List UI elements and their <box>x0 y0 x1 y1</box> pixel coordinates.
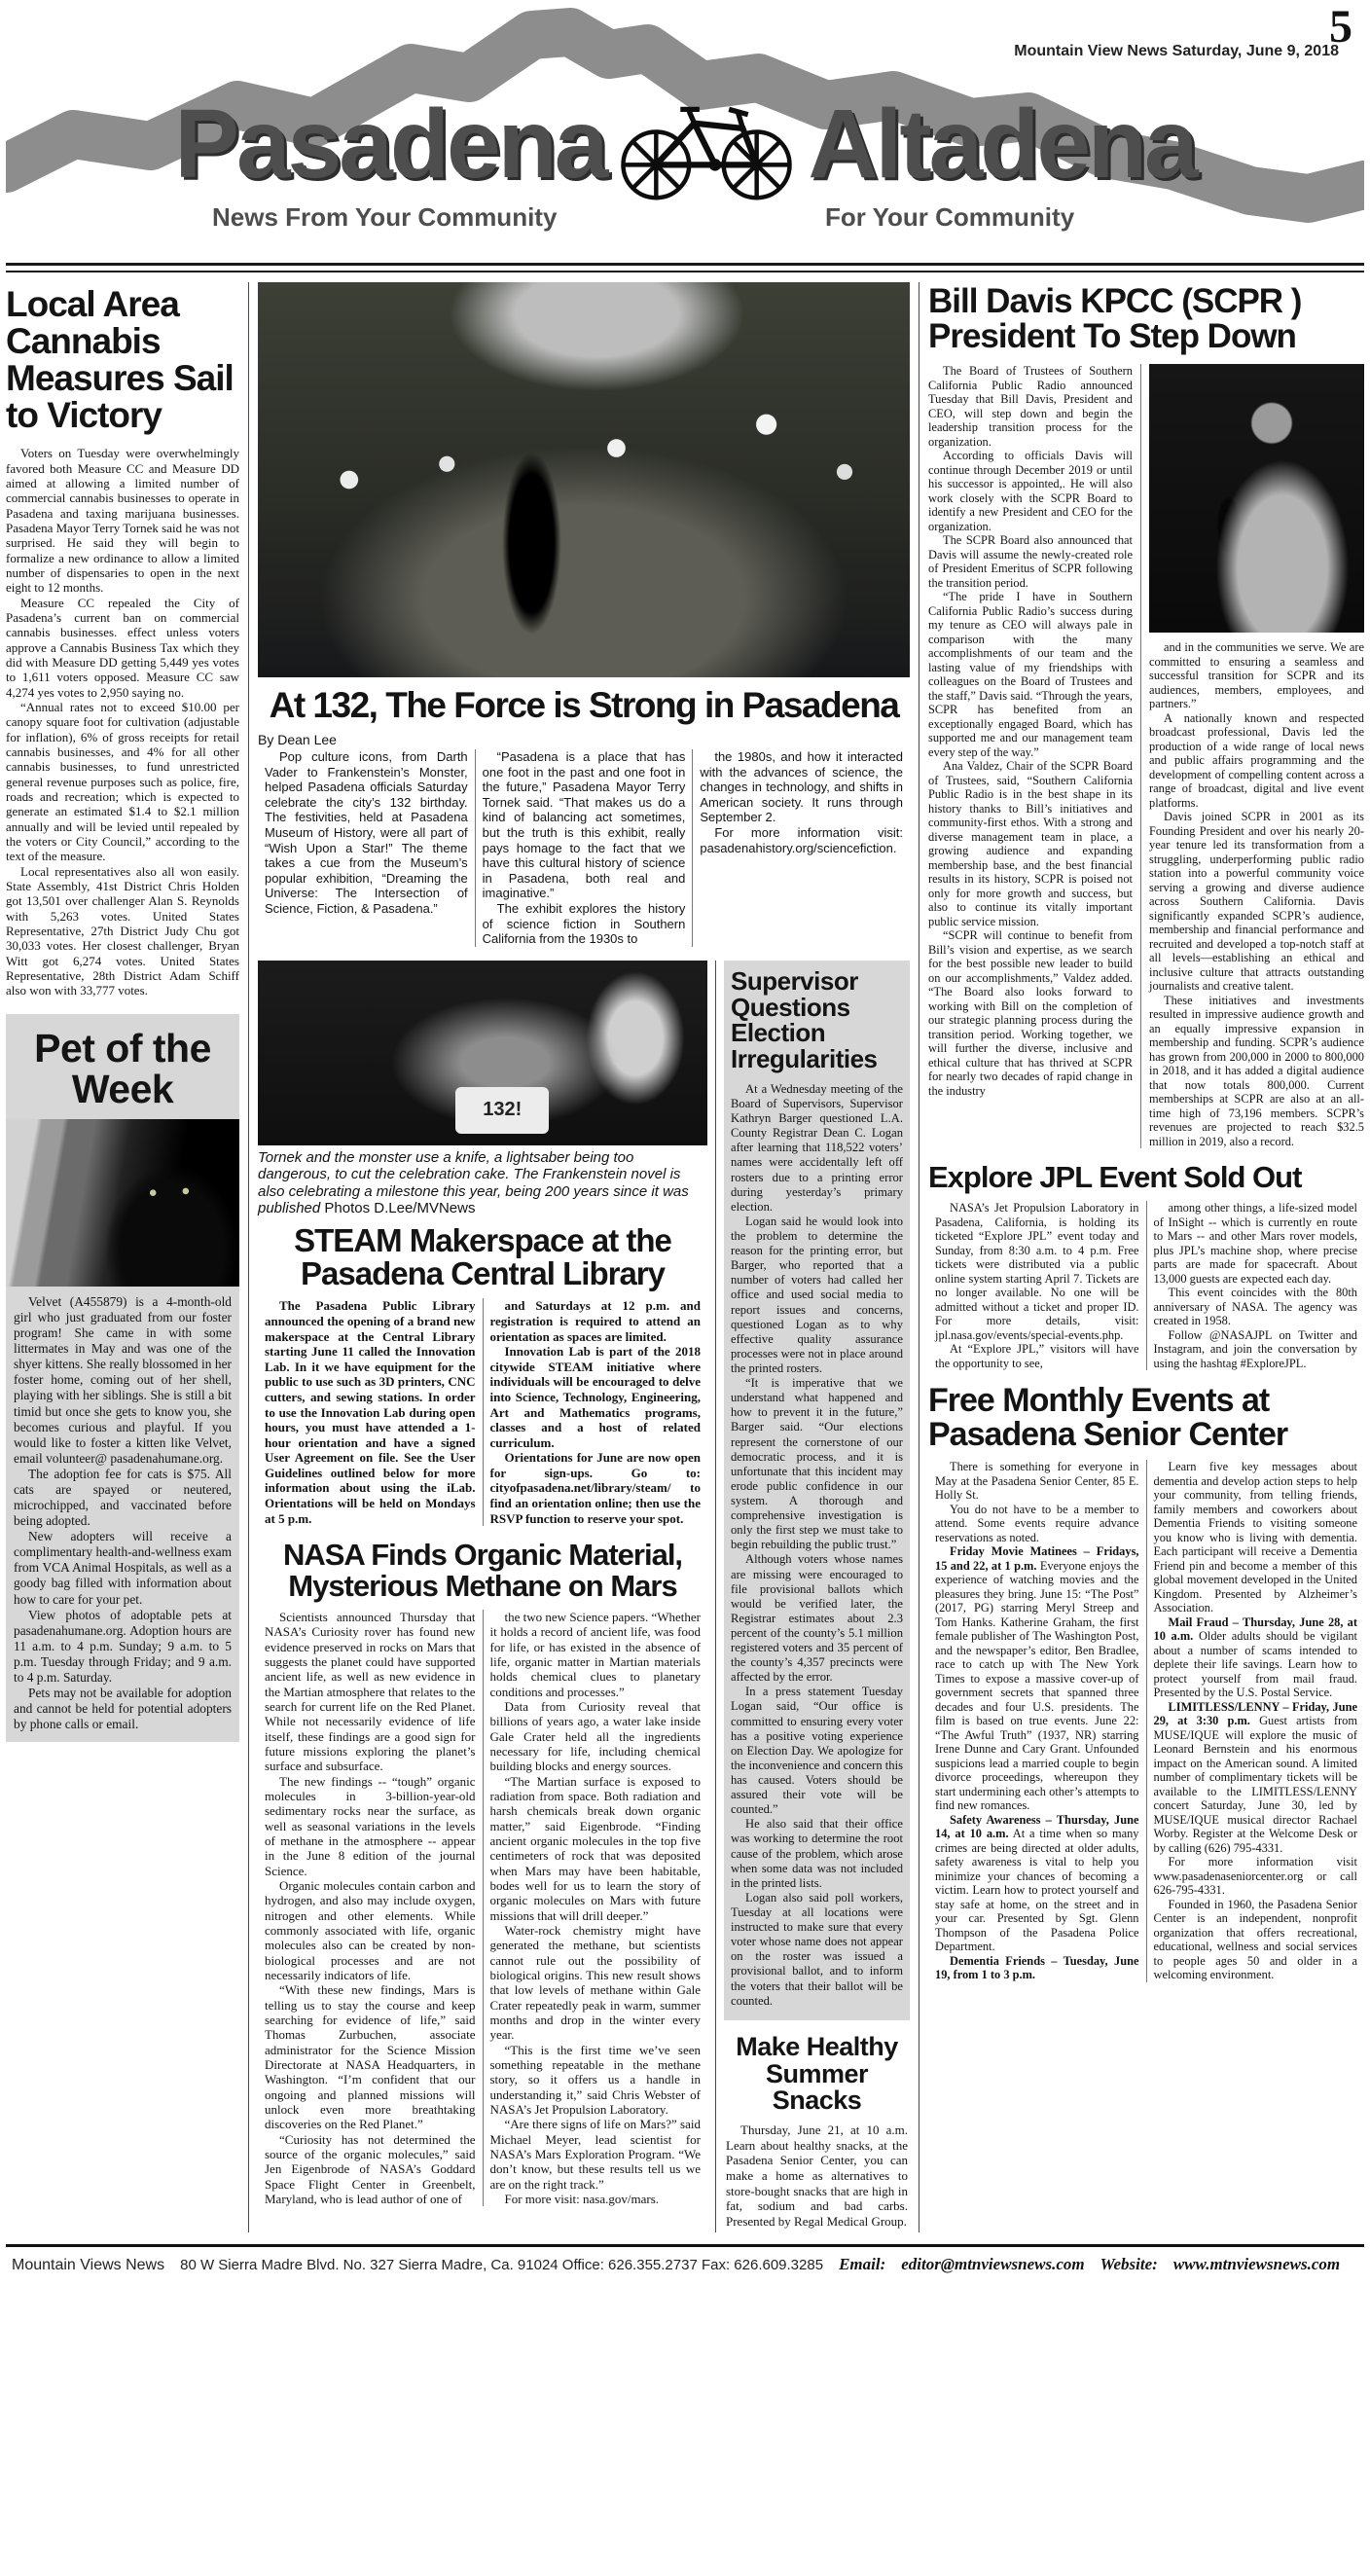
article-paragraph: Innovation Lab is part of the 2018 cityw… <box>490 1344 702 1450</box>
paragraph-text: You do not have to be a member to attend… <box>935 1503 1139 1544</box>
cake-cutting-photo: 132! <box>258 961 707 1145</box>
article-paragraph: For more visit: nasa.gov/mars. <box>490 2192 702 2206</box>
senior-col-1: There is something for everyone in May a… <box>928 1460 1146 1982</box>
article-paragraph: Voters on Tuesday were overwhelmingly fa… <box>6 446 239 595</box>
center-column: At 132, The Force is Strong in Pasadena … <box>249 282 919 2232</box>
article-paragraph: Water-rock chemistry might have generate… <box>490 1923 702 2043</box>
byline: By Dean Lee <box>258 732 910 747</box>
article-paragraph: Data from Curiosity reveal that billions… <box>490 1699 702 1774</box>
masthead: 5 Mountain View News Saturday, June 9, 2… <box>6 0 1364 261</box>
article-paragraph: Ana Valdez, Chair of the SCPR Board of T… <box>928 759 1133 928</box>
article-paragraph: The Pasadena Public Library announced th… <box>265 1298 476 1526</box>
article-paragraph: Measure CC repealed the City of Pasadena… <box>6 596 239 700</box>
cannabis-headline: Local Area Cannabis Measures Sail to Vic… <box>6 286 239 434</box>
article-paragraph: At “Explore JPL,” visitors will have the… <box>935 1342 1139 1370</box>
tagline-left: News From Your Community <box>212 202 557 233</box>
article-paragraph: Safety Awareness – Thursday, June 14, at… <box>935 1813 1139 1954</box>
footer-email: editor@mtnviewsnews.com <box>901 2255 1084 2274</box>
at132-col-3: the 1980s, and how it interacted with th… <box>692 749 910 947</box>
article-paragraph: Logan also said poll workers, Tuesday at… <box>731 1891 903 2009</box>
center-lower-row: 132! Tornek and the monster use a knife,… <box>258 961 910 2233</box>
article-paragraph: There is something for everyone in May a… <box>935 1460 1139 1503</box>
paragraph-text: Everyone enjoys the experience of watchi… <box>935 1559 1139 1813</box>
article-paragraph: “Curiosity has not determined the source… <box>265 2132 476 2207</box>
nasa-headline: NASA Finds Organic Material, Mysterious … <box>258 1540 707 1602</box>
footer-website-label: Website: <box>1100 2255 1158 2274</box>
birthday-cake: 132! <box>455 1087 549 1134</box>
article-paragraph: The adoption fee for cats is $75. All ca… <box>14 1467 232 1529</box>
article-paragraph: You do not have to be a member to attend… <box>935 1503 1139 1545</box>
article-paragraph: “It is imperative that we understand wha… <box>731 1376 903 1552</box>
paragraph-text: There is something for everyone in May a… <box>935 1460 1139 1502</box>
article-paragraph: NASA’s Jet Propulsion Laboratory in Pasa… <box>935 1201 1139 1342</box>
article-paragraph: “The pride I have in Southern California… <box>928 590 1133 759</box>
article-paragraph: This event coincides with the 80th anniv… <box>1154 1286 1358 1328</box>
article-paragraph: “Pasadena is a place that has one foot i… <box>483 749 686 901</box>
center-lower-column: 132! Tornek and the monster use a knife,… <box>258 961 715 2233</box>
senior-headline: Free Monthly Events at Pasadena Senior C… <box>928 1384 1364 1452</box>
masthead-pasadena: Pasadena <box>174 95 605 193</box>
davis-article: The Board of Trustees of Southern Califo… <box>928 364 1364 1148</box>
steam-col-2: and Saturdays at 12 p.m. and registratio… <box>483 1298 708 1526</box>
paragraph-text: At a time when so many crimes are being … <box>935 1827 1139 1953</box>
article-paragraph: He also said that their office was worki… <box>731 1817 903 1891</box>
article-paragraph: The new findings -- “tough” organic mole… <box>265 1774 476 1878</box>
article-paragraph: Mail Fraud – Thursday, June 28, at 10 a.… <box>1154 1615 1358 1700</box>
paragraph-text: Founded in 1960, the Pasadena Senior Cen… <box>1154 1898 1358 1982</box>
cannabis-article: Voters on Tuesday were overwhelmingly fa… <box>6 446 239 998</box>
steam-headline: STEAM Makerspace at the Pasadena Central… <box>258 1224 707 1290</box>
article-paragraph: View photos of adoptable pets at pasaden… <box>14 1608 232 1686</box>
nasa-col-2: the two new Science papers. “Whether it … <box>483 1610 708 2206</box>
article-paragraph: The Board of Trustees of Southern Califo… <box>928 364 1133 449</box>
article-paragraph: Founded in 1960, the Pasadena Senior Cen… <box>1154 1898 1358 1982</box>
paragraph-text: Guest artists from MUSE/IQUE will explor… <box>1154 1714 1358 1855</box>
jpl-article: NASA’s Jet Propulsion Laboratory in Pasa… <box>928 1201 1364 1370</box>
page-body: Local Area Cannabis Measures Sail to Vic… <box>6 282 1364 2232</box>
masthead-titles: Pasadena Altadena <box>6 82 1364 206</box>
davis-col-2: and in the communities we serve. We are … <box>1141 364 1364 1148</box>
article-paragraph: Local representatives also all won easil… <box>6 864 239 998</box>
jpl-col-2: among other things, a life-sized model o… <box>1146 1201 1365 1370</box>
nasa-article: Scientists announced Thursday that NASA’… <box>258 1610 707 2206</box>
article-paragraph: These initiatives and investments result… <box>1149 994 1364 1149</box>
pet-article: Velvet (A455879) is a 4-month-old girl w… <box>6 1287 239 1732</box>
jpl-headline: Explore JPL Event Sold Out <box>928 1162 1364 1193</box>
senior-article: There is something for everyone in May a… <box>928 1460 1364 1982</box>
article-paragraph: Although voters whose names are missing … <box>731 1552 903 1685</box>
footer-email-label: Email: <box>839 2255 885 2274</box>
masthead-divider <box>6 263 1364 272</box>
article-paragraph: New adopters will receive a complimentar… <box>14 1529 232 1607</box>
supervisor-article-box: Supervisor Questions Election Irregulari… <box>724 961 910 2020</box>
article-paragraph: According to officials Davis will contin… <box>928 449 1133 533</box>
davis-col-1: The Board of Trustees of Southern Califo… <box>928 364 1141 1148</box>
steam-col-1: The Pasadena Public Library announced th… <box>258 1298 483 1526</box>
article-paragraph: Organic molecules contain carbon and hyd… <box>265 1878 476 1982</box>
pet-headline: Pet of the Week <box>6 1014 239 1119</box>
pet-of-the-week-box: Pet of the Week Velvet (A455879) is a 4-… <box>6 1014 239 1743</box>
at132-article: Pop culture icons, from Darth Vader to F… <box>258 749 910 947</box>
footer-address: 80 W Sierra Madre Blvd. No. 327 Sierra M… <box>180 2257 823 2273</box>
article-paragraph: For more information visit www.pasadenas… <box>1154 1855 1358 1898</box>
edition-dateline: Mountain View News Saturday, June 9, 201… <box>1014 43 1339 60</box>
article-paragraph: Dementia Friends – Tuesday, June 19, fro… <box>935 1954 1139 1982</box>
left-column: Local Area Cannabis Measures Sail to Vic… <box>6 282 249 2232</box>
article-paragraph: Scientists announced Thursday that NASA’… <box>265 1610 476 1774</box>
article-paragraph: Pets may not be available for adoption a… <box>14 1686 232 1732</box>
article-paragraph: In a press statement Tuesday Logan said,… <box>731 1685 903 1817</box>
article-paragraph: “Are there signs of life on Mars?” said … <box>490 2117 702 2192</box>
bill-davis-photo <box>1149 364 1364 633</box>
article-paragraph: and in the communities we serve. We are … <box>1149 640 1364 711</box>
supervisor-column: Supervisor Questions Election Irregulari… <box>715 961 910 2233</box>
newspaper-page: 5 Mountain View News Saturday, June 9, 2… <box>0 0 1370 2290</box>
article-paragraph: For more information visit: pasadenahist… <box>700 825 903 855</box>
event-lead: Dementia Friends – Tuesday, June 19, fro… <box>935 1954 1139 1982</box>
photo-caption: Tornek and the monster use a knife, a li… <box>258 1149 707 1217</box>
tagline-right: For Your Community <box>825 202 1074 233</box>
article-paragraph: Velvet (A455879) is a 4-month-old girl w… <box>14 1294 232 1467</box>
footer-website: www.mtnviewsnews.com <box>1173 2255 1340 2274</box>
steam-article: The Pasadena Public Library announced th… <box>258 1298 707 1526</box>
cat-photo <box>6 1119 239 1287</box>
caption-credit: Photos D.Lee/MVNews <box>324 1200 475 1216</box>
article-paragraph: Davis joined SCPR in 2001 as its Foundin… <box>1149 810 1364 994</box>
paragraph-text: For more information visit www.pasadenas… <box>1154 1855 1358 1897</box>
senior-col-2: Learn five key messages about dementia a… <box>1146 1460 1365 1982</box>
right-column: Bill Davis KPCC (SCPR ) President To Ste… <box>919 282 1364 2232</box>
at132-col-1: Pop culture icons, from Darth Vader to F… <box>258 749 475 947</box>
article-paragraph: A nationally known and respected broadca… <box>1149 711 1364 811</box>
article-paragraph: Logan said he would look into the proble… <box>731 1215 903 1376</box>
snacks-article: Make Healthy Summer Snacks Thursday, Jun… <box>724 2020 910 2233</box>
page-footer: Mountain Views News 80 W Sierra Madre Bl… <box>6 2244 1364 2290</box>
article-paragraph: Learn five key messages about dementia a… <box>1154 1460 1358 1615</box>
birthday-group-photo <box>258 282 910 677</box>
masthead-altadena: Altadena <box>808 95 1195 193</box>
article-paragraph: and Saturdays at 12 p.m. and registratio… <box>490 1298 702 1344</box>
article-paragraph: Pop culture icons, from Darth Vader to F… <box>265 749 468 917</box>
article-paragraph: among other things, a life-sized model o… <box>1154 1201 1358 1286</box>
article-paragraph: The SCPR Board also announced that Davis… <box>928 533 1133 590</box>
jpl-col-1: NASA’s Jet Propulsion Laboratory in Pasa… <box>928 1201 1146 1370</box>
davis-headline: Bill Davis KPCC (SCPR ) President To Ste… <box>928 284 1364 354</box>
article-paragraph: Follow @NASAJPL on Twitter and Instagram… <box>1154 1328 1358 1371</box>
article-paragraph: “Annual rates not to exceed $10.00 per c… <box>6 700 239 864</box>
bicycle-icon <box>611 82 802 206</box>
supervisor-headline: Supervisor Questions Election Irregulari… <box>731 968 903 1072</box>
article-paragraph: The exhibit explores the history of scie… <box>483 901 686 947</box>
article-paragraph: “This is the first time we’ve seen somet… <box>490 2043 702 2118</box>
snacks-headline: Make Healthy Summer Snacks <box>726 2034 908 2115</box>
article-paragraph: the 1980s, and how it interacted with th… <box>700 749 903 825</box>
article-paragraph: At a Wednesday meeting of the Board of S… <box>731 1082 903 1215</box>
nasa-col-1: Scientists announced Thursday that NASA’… <box>258 1610 483 2206</box>
article-paragraph: Friday Movie Matinees – Fridays, 15 and … <box>935 1544 1139 1813</box>
paragraph-text: Learn five key messages about dementia a… <box>1154 1460 1358 1615</box>
at132-col-2: “Pasadena is a place that has one foot i… <box>475 749 693 947</box>
article-paragraph: Thursday, June 21, at 10 a.m. Learn abou… <box>726 2122 908 2229</box>
footer-paper-name: Mountain Views News <box>12 2257 164 2274</box>
article-paragraph: Orientations for June are now open for s… <box>490 1450 702 1526</box>
at132-headline: At 132, The Force is Strong in Pasadena <box>258 687 910 724</box>
article-paragraph: “SCPR will continue to benefit from Bill… <box>928 928 1133 1098</box>
article-paragraph: “With these new findings, Mars is tellin… <box>265 1982 476 2131</box>
article-paragraph: the two new Science papers. “Whether it … <box>490 1610 702 1699</box>
article-paragraph: LIMITLESS/LENNY – Friday, June 29, at 3:… <box>1154 1700 1358 1856</box>
article-paragraph: “The Martian surface is exposed to radia… <box>490 1774 702 1923</box>
